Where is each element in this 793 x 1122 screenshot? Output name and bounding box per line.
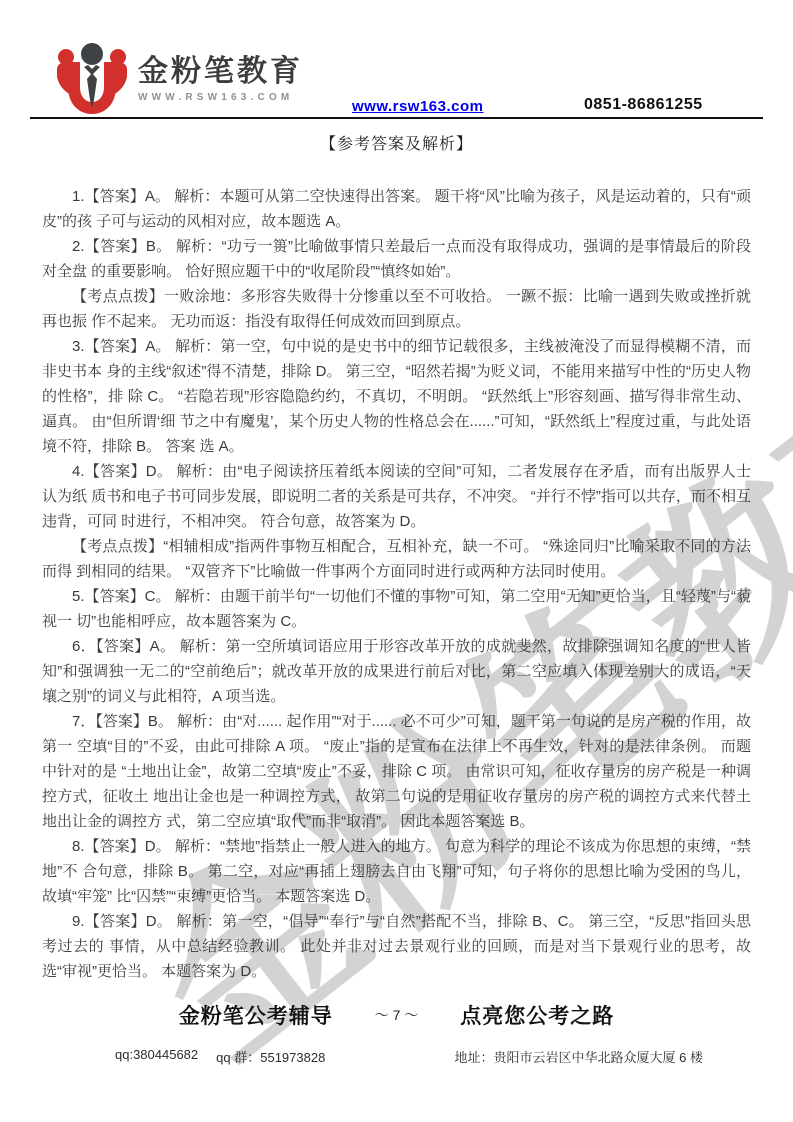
answer-1: 1.【答案】A。 解析：本题可从第二空快速得出答案。 题干将“风”比喻为孩子，风…	[42, 184, 751, 234]
answer-7: 7．【答案】B。 解析：由“对...... 起作用”“对于...... 必不可少…	[42, 709, 751, 834]
answer-8: 8.【答案】D。 解析：“禁地”指禁止一般人进入的地方。 句意为科学的理论不该成…	[42, 834, 751, 909]
footer-brand: 金粉笔公考辅导	[179, 1000, 333, 1030]
brand-site-url: WWW.RSW163.COM	[138, 92, 303, 103]
phone-number: 0851-86861255	[584, 96, 703, 114]
footer-slogan: 点亮您公考之路	[460, 1000, 614, 1030]
address: 地址：贵阳市云岩区中华北路众厦大厦 6 楼	[455, 1047, 703, 1066]
brand-name: 金粉笔教育	[138, 56, 303, 88]
page-title: 【参考答案及解析】	[0, 131, 793, 154]
footer-title-row: 金粉笔公考辅导 ～ 7 ～ 点亮您公考之路	[0, 1000, 793, 1030]
answer-9: 9.【答案】D。 解析：第一空，“倡导”“奉行”与“自然”搭配不当，排除 B、C…	[42, 909, 751, 984]
answer-5: 5.【答案】C。 解析：由题干前半句“一切他们不懂的事物”可知，第二空用“无知”…	[42, 584, 751, 634]
qq-number: qq:380445682	[115, 1047, 198, 1066]
page-number: ～ 7 ～	[375, 1005, 419, 1025]
qq-group-number: qq 群：551973828	[216, 1047, 325, 1066]
document-page: 金粉笔教育 金粉笔教育 WWW.RSW163.COM www.rsw163.co…	[0, 0, 793, 1122]
brand-text-block: 金粉笔教育 WWW.RSW163.COM	[138, 42, 303, 103]
note-4: 【考点点拨】“相辅相成”指两件事物互相配合，互相补充，缺一不可。 “殊途同归”比…	[42, 534, 751, 584]
footer-contacts-row: qq:380445682 qq 群：551973828 地址：贵阳市云岩区中华北…	[115, 1047, 703, 1066]
qq-contacts: qq:380445682 qq 群：551973828	[115, 1047, 325, 1066]
answer-4: 4.【答案】D。 解析：由“电子阅读挤压着纸本阅读的空间”可知，二者发展存在矛盾…	[42, 459, 751, 534]
brand-logo-icon	[56, 42, 128, 122]
note-2: 【考点点拨】一败涂地：多形容失败得十分惨重以至不可收拾。 一蹶不振：比喻一遇到失…	[42, 284, 751, 334]
answer-2: 2.【答案】B。 解析：“功亏一篑”比喻做事情只差最后一点而没有取得成功，强调的…	[42, 234, 751, 284]
brand-logo: 金粉笔教育 WWW.RSW163.COM	[56, 42, 303, 122]
answer-6: 6．【答案】A。 解析：第一空所填词语应用于形容改革开放的成就斐然，故排除强调知…	[42, 634, 751, 709]
website-link[interactable]: www.rsw163.com	[352, 98, 484, 115]
answer-3: 3.【答案】A。 解析：第一空，句中说的是史书中的细节记载很多，主线被淹没了而显…	[42, 334, 751, 459]
header-divider	[30, 117, 763, 119]
answers-list: 1.【答案】A。 解析：本题可从第二空快速得出答案。 题干将“风”比喻为孩子，风…	[42, 184, 751, 996]
